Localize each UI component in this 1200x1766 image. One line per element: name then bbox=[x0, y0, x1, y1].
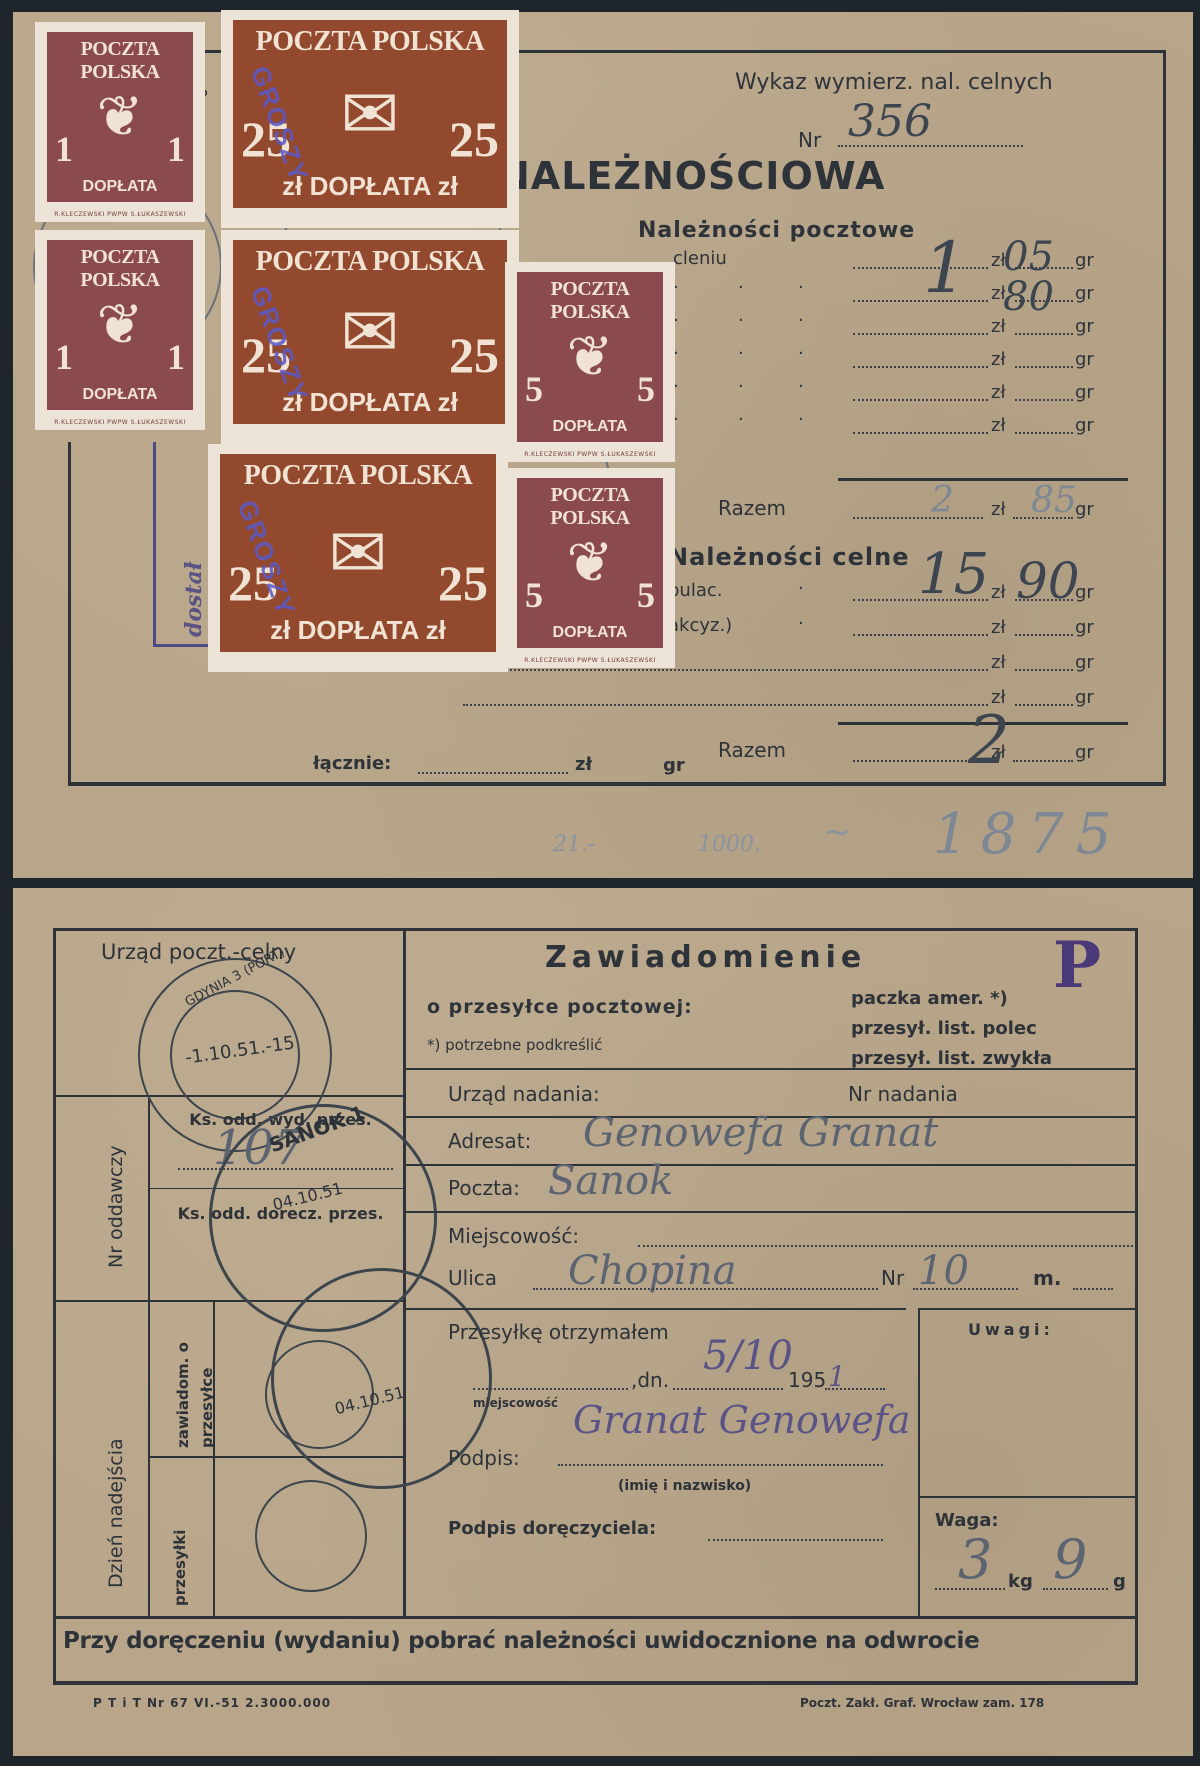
stamp-value: 5 bbox=[637, 368, 655, 410]
header-text: Wykaz wymierz. nal. celnych bbox=[735, 70, 1053, 95]
date-circle-parcel bbox=[255, 1480, 367, 1592]
footer-instruction: Przy doręczeniu (wydaniu) pobrać należno… bbox=[63, 1628, 979, 1654]
rule bbox=[406, 1308, 906, 1310]
stamp-value: 5 bbox=[525, 574, 543, 616]
zl-dotline bbox=[853, 333, 988, 335]
gr-dotline bbox=[1015, 333, 1073, 335]
leader-dot: · bbox=[738, 409, 744, 430]
stamp-country: POCZTA POLSKA bbox=[222, 460, 494, 492]
stamp-country: POCZTA POLSKA bbox=[49, 246, 191, 292]
row-label: cleniu bbox=[673, 248, 727, 269]
pencil-note-2: 1000. bbox=[698, 832, 761, 857]
stamp-value: 25 bbox=[449, 326, 499, 384]
postal-row1-zl: 1 bbox=[923, 227, 968, 309]
unit-zl: zł bbox=[991, 349, 1006, 370]
zawiadom-label: zawiadom. o przesyłce bbox=[171, 1298, 219, 1448]
stamp-label: DOPŁATA bbox=[49, 386, 191, 404]
nr-dotline bbox=[913, 1288, 1018, 1290]
postal-subtotal-rule bbox=[838, 478, 1128, 481]
unit-zl: zł bbox=[991, 652, 1006, 673]
frame-bottom bbox=[53, 1681, 1138, 1685]
zl-dotline bbox=[463, 669, 988, 671]
kg-dotline bbox=[935, 1588, 1005, 1590]
doreczyciel-dotline bbox=[708, 1539, 883, 1541]
poczta-value: Sanok bbox=[548, 1158, 673, 1204]
podpis-doreczyciela-label: Podpis doręczyciela: bbox=[448, 1518, 656, 1539]
stamp-frame: POCZTA POLSKA✉2525zł DOPŁATA złGROSZY bbox=[233, 240, 507, 424]
posthorn-icon: ✉ bbox=[329, 512, 388, 594]
notice-title: Zawiadomienie bbox=[545, 940, 866, 975]
dn-label: ,dn. bbox=[631, 1368, 669, 1392]
leader-dot: · bbox=[738, 277, 744, 298]
nr-value: 356 bbox=[848, 96, 932, 147]
postal-dues-heading: Należności pocztowe bbox=[638, 218, 915, 243]
miejscowosc-dotline bbox=[638, 1245, 1133, 1247]
row-label: pulac. bbox=[668, 580, 722, 601]
stamp-value: 1 bbox=[167, 336, 185, 378]
adresat-value: Genowefa Granat bbox=[583, 1110, 938, 1156]
zl-dotline bbox=[463, 704, 988, 706]
stamp-imprint: R.KLECZEWSKI PWPW S.ŁUKASZEWSKI bbox=[35, 419, 205, 426]
leader-dot: · bbox=[798, 376, 804, 397]
dzien-nadejscia-label: Dzień nadejścia bbox=[105, 1438, 127, 1588]
nr-oddawczy-label: Nr oddawczy bbox=[105, 1145, 127, 1268]
unit-zl: zł bbox=[991, 382, 1006, 403]
unit-zl: zł bbox=[991, 582, 1006, 603]
m-dotline bbox=[1073, 1288, 1113, 1290]
print-code-left: P T i T Nr 67 VI.-51 2.3000.000 bbox=[93, 1696, 331, 1710]
stamp-frame: POCZTA POLSKA❦11DOPŁATA bbox=[47, 240, 193, 410]
ulica-dotline bbox=[533, 1288, 878, 1290]
unit-zl: zł bbox=[991, 499, 1006, 520]
uwagi-label: Uwagi: bbox=[968, 1320, 1054, 1339]
unit-gr: gr bbox=[1075, 652, 1094, 673]
stamp-country: POCZTA POLSKA bbox=[49, 38, 191, 84]
stamp-eagle-5: POCZTA POLSKA❦55DOPŁATAR.KLECZEWSKI PWPW… bbox=[505, 468, 675, 668]
footer-rule bbox=[53, 1616, 1138, 1619]
nr-nadania-label: Nr nadania bbox=[848, 1082, 958, 1106]
zl-dotline bbox=[853, 432, 988, 434]
posthorn-icon: ✉ bbox=[341, 73, 400, 155]
unit-gr: gr bbox=[1075, 687, 1094, 708]
postmark-sanok-date: 04.10.51 bbox=[271, 1179, 345, 1215]
type-option-2[interactable]: przesył. list. polec bbox=[851, 1014, 1052, 1044]
stamp-frame: POCZTA POLSKA❦55DOPŁATA bbox=[517, 272, 663, 442]
stamp-eagle-1: POCZTA POLSKA❦11DOPŁATAR.KLECZEWSKI PWPW… bbox=[35, 230, 205, 430]
notice-footnote: *) potrzebne podkreślić bbox=[427, 1036, 602, 1054]
pencil-note-1: 21.- bbox=[553, 832, 595, 857]
notice-subtitle: o przesyłce pocztowej: bbox=[427, 996, 693, 1018]
leader-dot: · bbox=[738, 376, 744, 397]
unit-gr: gr bbox=[1075, 617, 1094, 638]
frame-left bbox=[68, 442, 71, 784]
postal-total-label: Razem bbox=[718, 496, 786, 520]
rule bbox=[918, 1308, 1136, 1310]
stamp-label: zł DOPŁATA zł bbox=[235, 387, 505, 418]
leader-dot: · bbox=[798, 310, 804, 331]
waga-g-value: 9 bbox=[1053, 1528, 1087, 1591]
rule bbox=[918, 1308, 920, 1618]
waga-kg-value: 3 bbox=[958, 1528, 992, 1591]
form-title: NALEŻNOŚCIOWA bbox=[498, 154, 885, 198]
customs-dues-heading: Należności celne bbox=[668, 543, 910, 571]
gr-dotline bbox=[1015, 669, 1073, 671]
purple-handstamp-text: dostał bbox=[181, 562, 207, 637]
miejscowosc-small: miejscowość bbox=[473, 1396, 558, 1410]
unit-gr: gr bbox=[1075, 499, 1094, 520]
stamp-imprint: R.KLECZEWSKI PWPW S.ŁUKASZEWSKI bbox=[505, 657, 675, 664]
stamp-posthorn-25: POCZTA POLSKA✉2525zł DOPŁATA złGROSZY bbox=[221, 230, 519, 444]
received-date-value: 5/10 bbox=[703, 1333, 793, 1379]
g-dotline bbox=[1043, 1588, 1108, 1590]
frame-right bbox=[1163, 50, 1166, 785]
lacznie-dotline bbox=[418, 772, 568, 774]
stamp-label: DOPŁATA bbox=[519, 418, 661, 436]
pencil-note-total: 1875 bbox=[933, 802, 1124, 867]
frame-left bbox=[53, 928, 56, 1683]
rule bbox=[406, 1211, 1136, 1213]
g-label: g bbox=[1113, 1571, 1126, 1592]
stamp-value: 1 bbox=[55, 336, 73, 378]
stamp-value: 1 bbox=[55, 128, 73, 170]
rule bbox=[148, 1095, 150, 1616]
customs-total-label: Razem bbox=[718, 738, 786, 762]
frame-right bbox=[1135, 928, 1138, 1683]
lacznie-label: łącznie: bbox=[313, 753, 391, 774]
leader-dot: · bbox=[798, 343, 804, 364]
ulica-label: Ulica bbox=[448, 1266, 497, 1290]
nr-label: Nr bbox=[881, 1266, 904, 1290]
shipment-type-list: paczka amer. *) przesył. list. polec prz… bbox=[851, 984, 1052, 1074]
eagle-icon: ❦ bbox=[97, 293, 144, 358]
frame-bottom bbox=[68, 782, 1166, 786]
podpis-label: Podpis: bbox=[448, 1446, 520, 1470]
imie-nazwisko-label: (imię i nazwisko) bbox=[618, 1478, 751, 1494]
customs-total-gr-dotline bbox=[1013, 760, 1073, 762]
rule bbox=[918, 1496, 1136, 1498]
leader-dot: · bbox=[798, 613, 804, 634]
stamp-value: 25 bbox=[449, 110, 499, 168]
lacznie-zl: zł bbox=[575, 754, 592, 775]
stamp-frame: POCZTA POLSKA✉2525zł DOPŁATA złGROSZY bbox=[233, 20, 507, 208]
unit-gr: gr bbox=[1075, 250, 1094, 271]
date-dotline bbox=[673, 1388, 783, 1390]
stamp-posthorn-25: POCZTA POLSKA✉2525zł DOPŁATA złGROSZY bbox=[208, 444, 508, 672]
posthorn-icon: ✉ bbox=[341, 291, 400, 373]
customs-row1-zl: 15 bbox=[918, 542, 989, 607]
postmark-sanok-date: 04.10.51 bbox=[333, 1383, 407, 1419]
stamp-value: 5 bbox=[637, 574, 655, 616]
gr-dotline bbox=[1015, 432, 1073, 434]
gr-dotline bbox=[1015, 366, 1073, 368]
przesylki-label: przesyłki bbox=[171, 1530, 189, 1606]
adresat-label: Adresat: bbox=[448, 1129, 531, 1153]
podpis-dotline bbox=[558, 1464, 883, 1466]
leader-dot: · bbox=[798, 277, 804, 298]
row-label: akcyz.) bbox=[668, 615, 732, 636]
recipient-signature: Granat Genowefa bbox=[573, 1398, 911, 1442]
stamp-label: DOPŁATA bbox=[519, 624, 661, 642]
stamp-value: 1 bbox=[167, 128, 185, 170]
leader-dot: · bbox=[798, 409, 804, 430]
stamp-label: zł DOPŁATA zł bbox=[222, 615, 494, 646]
customs-total-zl-dotline bbox=[853, 760, 983, 762]
frame-top bbox=[53, 928, 1138, 931]
stamp-eagle-1: POCZTA POLSKA❦11DOPŁATAR.KLECZEWSKI PWPW… bbox=[35, 22, 205, 222]
received-label: Przesyłkę otrzymałem bbox=[448, 1320, 669, 1344]
postal-total-zl: 2 bbox=[931, 480, 954, 521]
unit-gr: gr bbox=[1075, 382, 1094, 403]
postal-row2-gr: 80 bbox=[1003, 274, 1054, 320]
type-option-1[interactable]: paczka amer. *) bbox=[851, 984, 1052, 1014]
unit-gr: gr bbox=[1075, 349, 1094, 370]
stamp-country: POCZTA POLSKA bbox=[519, 278, 661, 324]
leader-dot: · bbox=[738, 343, 744, 364]
zl-dotline bbox=[853, 366, 988, 368]
zl-dotline bbox=[853, 267, 988, 269]
stamp-country: POCZTA POLSKA bbox=[519, 484, 661, 530]
stamp-posthorn-25: POCZTA POLSKA✉2525zł DOPŁATA złGROSZY bbox=[221, 10, 519, 228]
unit-zl: zł bbox=[991, 617, 1006, 638]
unit-gr: gr bbox=[1075, 283, 1094, 304]
zl-dotline bbox=[853, 300, 988, 302]
stamp-frame: POCZTA POLSKA❦55DOPŁATA bbox=[517, 478, 663, 648]
leader-dot: · bbox=[798, 578, 804, 599]
zl-dotline bbox=[853, 399, 988, 401]
notification-card: Urząd poczt.-celny GDYNIA 3 (PORT) -1.10… bbox=[13, 888, 1193, 1756]
pencil-note-3: ~ bbox=[823, 812, 852, 852]
m-label: m. bbox=[1033, 1266, 1061, 1290]
unit-gr: gr bbox=[1075, 415, 1094, 436]
stamp-frame: POCZTA POLSKA❦11DOPŁATA bbox=[47, 32, 193, 202]
eagle-icon: ❦ bbox=[567, 531, 614, 596]
gr-dotline bbox=[1015, 704, 1073, 706]
leader-dot: · bbox=[738, 310, 744, 331]
zl-dotline bbox=[853, 634, 988, 636]
year-dotline bbox=[825, 1388, 885, 1390]
kg-label: kg bbox=[1008, 1571, 1033, 1592]
eagle-icon: ❦ bbox=[567, 325, 614, 390]
unit-gr: gr bbox=[1075, 742, 1094, 763]
unit-zl: zł bbox=[991, 415, 1006, 436]
postal-total-gr: 85 bbox=[1031, 480, 1077, 521]
stamp-value: 25 bbox=[438, 554, 488, 612]
miejscowosc-label: Miejscowość: bbox=[448, 1224, 579, 1248]
rule bbox=[406, 1068, 1136, 1070]
customs-total-mark: 2 bbox=[968, 702, 1010, 779]
gr-dotline bbox=[1015, 399, 1073, 401]
stamp-frame: POCZTA POLSKA✉2525zł DOPŁATA złGROSZY bbox=[220, 454, 496, 652]
customs-row1-gr: 90 bbox=[1016, 552, 1080, 610]
p-handstamp: P bbox=[1053, 928, 1101, 1003]
customs-dues-card: P Wykaz wymierz. nal. celnych Nr 356 NAL… bbox=[13, 12, 1193, 878]
stamp-country: POCZTA POLSKA bbox=[235, 26, 505, 58]
rule bbox=[406, 1164, 1136, 1166]
stamp-label: zł DOPŁATA zł bbox=[235, 171, 505, 202]
eagle-icon: ❦ bbox=[97, 85, 144, 150]
place-dotline bbox=[473, 1388, 628, 1390]
unit-gr: gr bbox=[1075, 316, 1094, 337]
lacznie-gr: gr bbox=[663, 755, 685, 776]
nr-label: Nr bbox=[798, 128, 821, 152]
stamp-country: POCZTA POLSKA bbox=[235, 246, 505, 278]
poczta-label: Poczta: bbox=[448, 1176, 520, 1200]
stamp-imprint: R.KLECZEWSKI PWPW S.ŁUKASZEWSKI bbox=[505, 451, 675, 458]
postal-total-zl-dotline bbox=[853, 517, 983, 519]
print-code-right: Poczt. Zakł. Graf. Wrocław zam. 178 bbox=[800, 1696, 1044, 1710]
urzad-nadania-label: Urząd nadania: bbox=[448, 1082, 600, 1106]
stamp-eagle-5: POCZTA POLSKA❦55DOPŁATAR.KLECZEWSKI PWPW… bbox=[505, 262, 675, 462]
stamp-value: 5 bbox=[525, 368, 543, 410]
stamp-imprint: R.KLECZEWSKI PWPW S.ŁUKASZEWSKI bbox=[35, 211, 205, 218]
year-prefix: 195 bbox=[788, 1368, 826, 1392]
gr-dotline bbox=[1015, 634, 1073, 636]
stamp-label: DOPŁATA bbox=[49, 178, 191, 196]
